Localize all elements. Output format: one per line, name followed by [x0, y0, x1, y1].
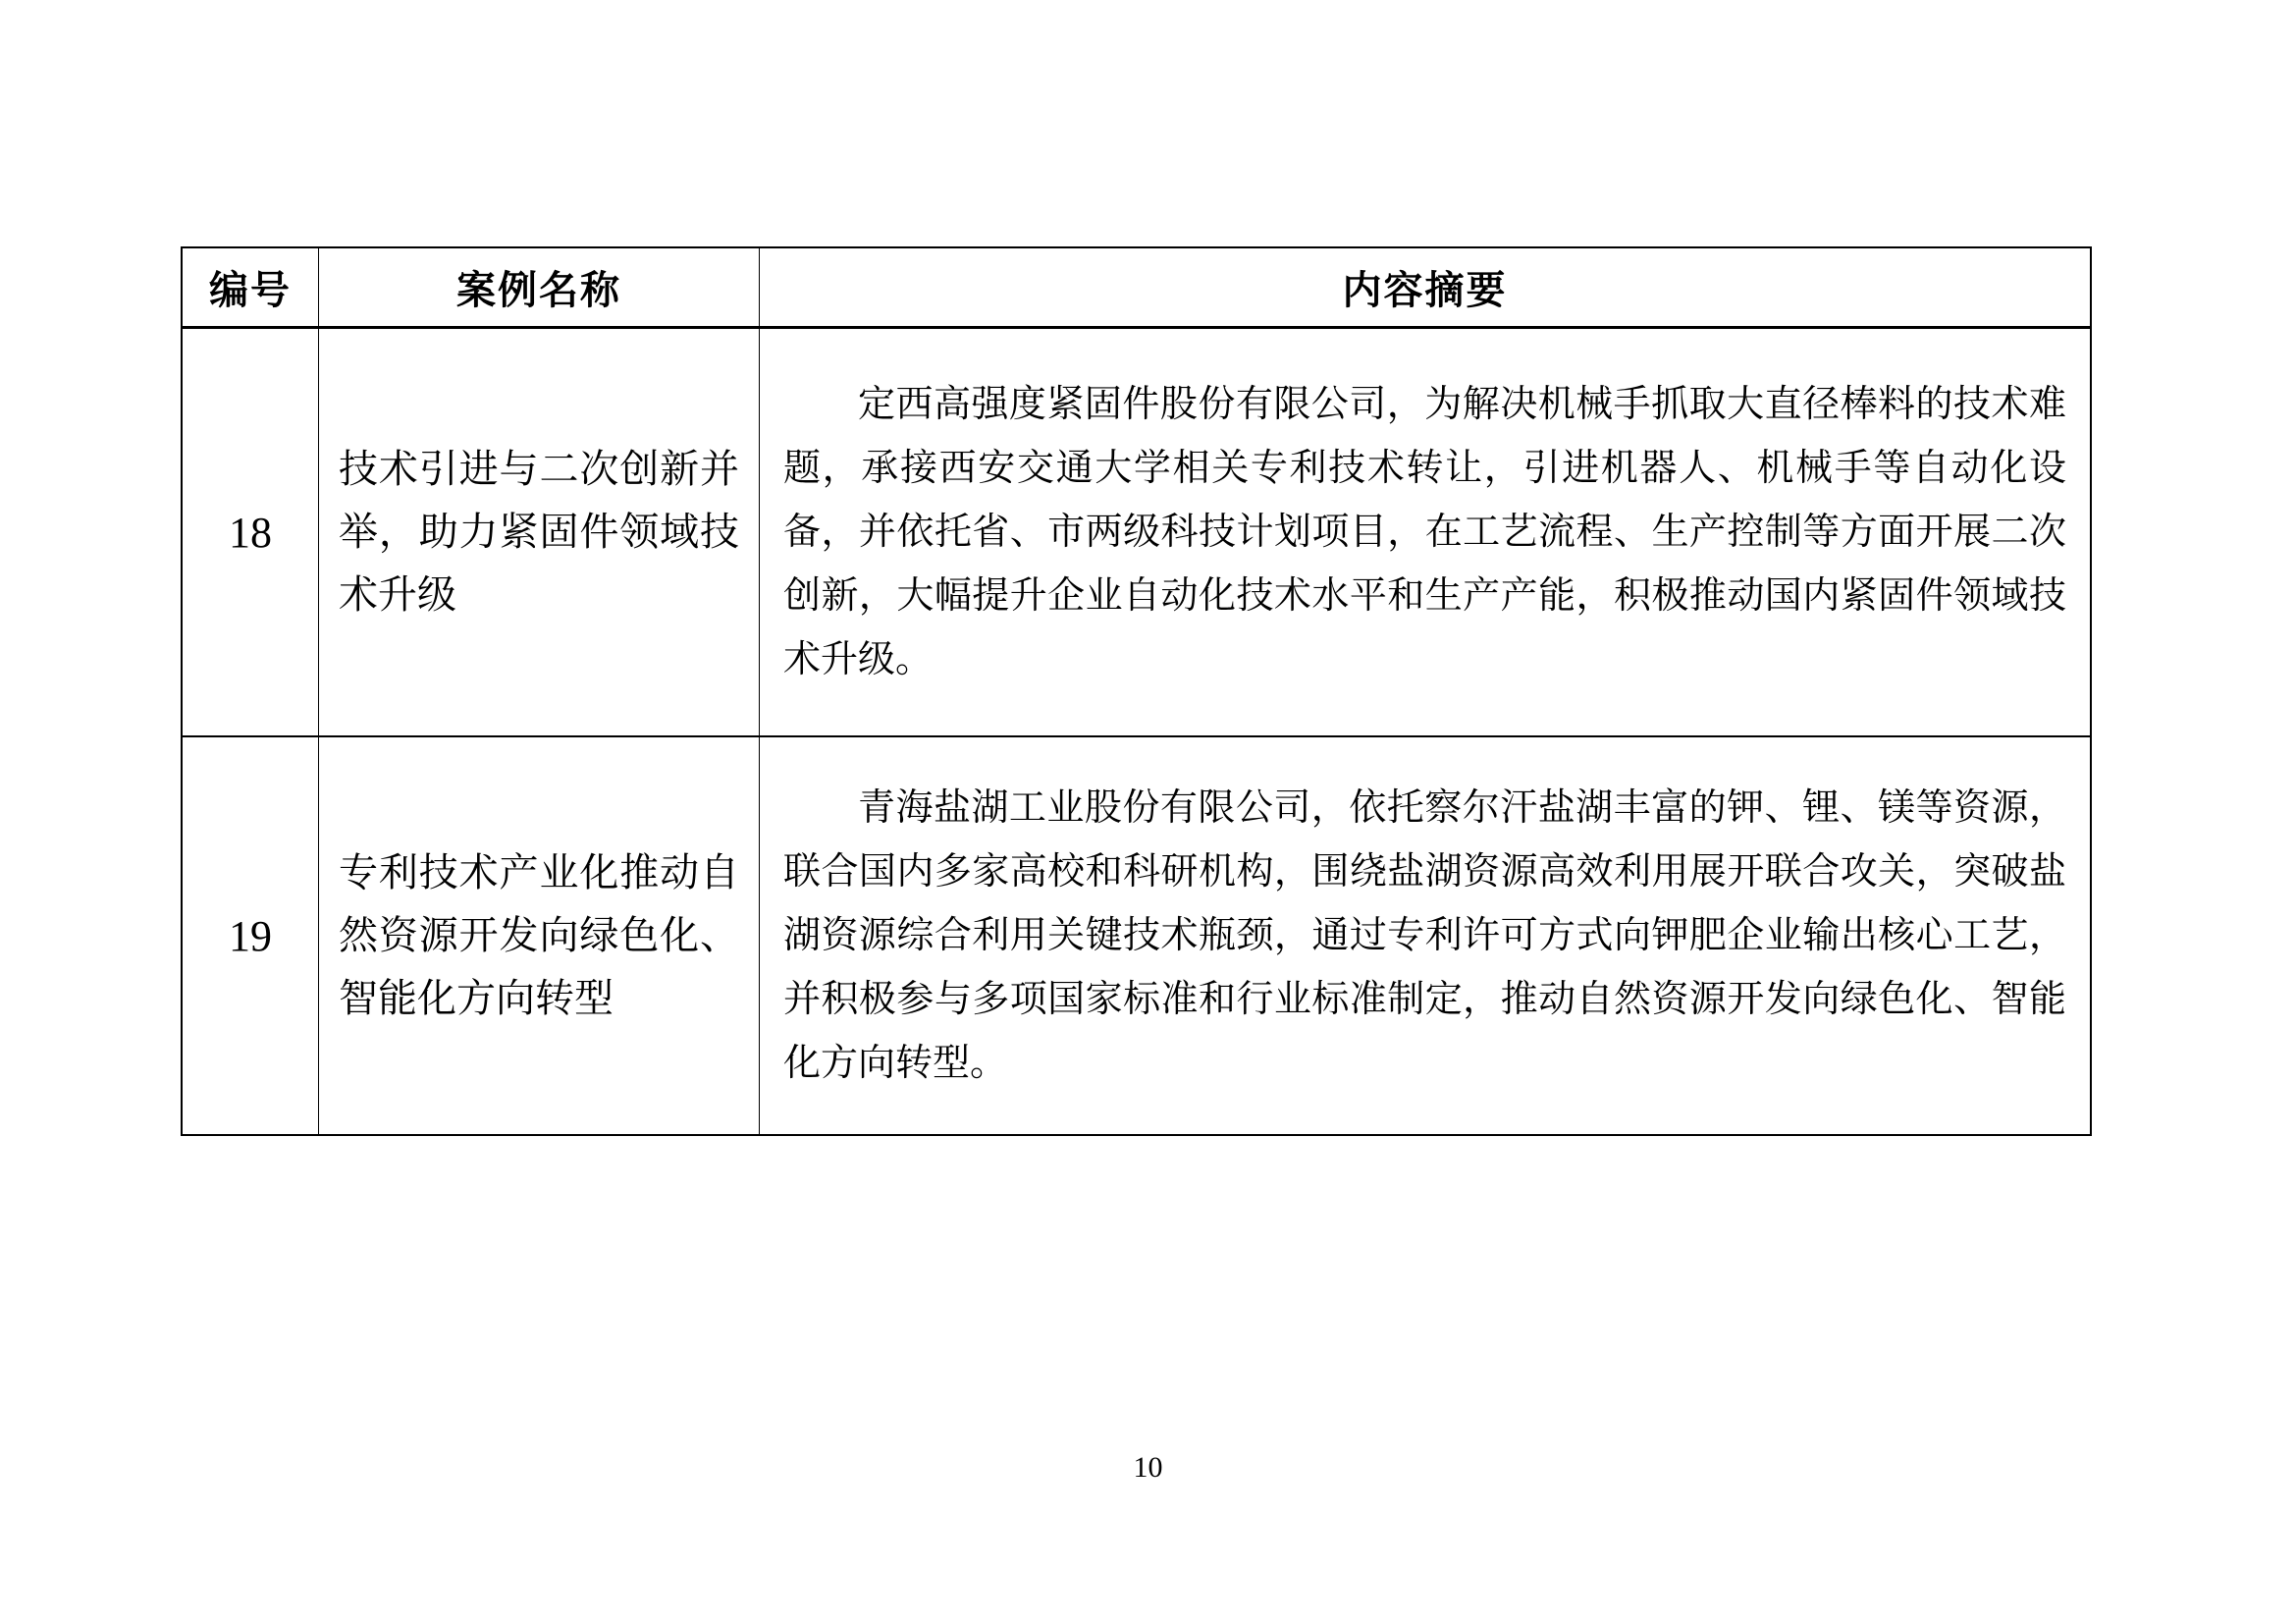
- row-19-case-name: 专利技术产业化推动自然资源开发向绿色化、智能化方向转型: [339, 841, 739, 1030]
- header-cell-case-name: 案例名称: [319, 248, 760, 329]
- page-number: 10: [0, 1451, 2296, 1485]
- row-18-number: 18: [183, 329, 319, 737]
- row-19-case-name-cell: 专利技术产业化推动自然资源开发向绿色化、智能化方向转型: [319, 737, 760, 1134]
- document-page: { "page": { "number": "10" }, "table": {…: [0, 0, 2296, 1624]
- cases-table: 编号 案例名称 内容摘要 18 技术引进与二次创新并举，助力紧固件领域技术升级 …: [181, 246, 2092, 1136]
- row-18-case-name-cell: 技术引进与二次创新并举，助力紧固件领域技术升级: [319, 329, 760, 737]
- row-19-summary-cell: 青海盐湖工业股份有限公司，依托察尔汗盐湖丰富的钾、锂、镁等资源，联合国内多家高校…: [760, 737, 2090, 1134]
- row-18-summary: 定西高强度紧固件股份有限公司，为解决机械手抓取大直径棒料的技术难题，承接西安交通…: [783, 373, 2066, 692]
- row-18-summary-cell: 定西高强度紧固件股份有限公司，为解决机械手抓取大直径棒料的技术难题，承接西安交通…: [760, 329, 2090, 737]
- header-cell-summary: 内容摘要: [760, 248, 2090, 329]
- row-18-case-name: 技术引进与二次创新并举，助力紧固件领域技术升级: [339, 438, 739, 626]
- row-19-number: 19: [183, 737, 319, 1134]
- header-cell-number: 编号: [183, 248, 319, 329]
- row-19-summary: 青海盐湖工业股份有限公司，依托察尔汗盐湖丰富的钾、锂、镁等资源，联合国内多家高校…: [783, 777, 2066, 1096]
